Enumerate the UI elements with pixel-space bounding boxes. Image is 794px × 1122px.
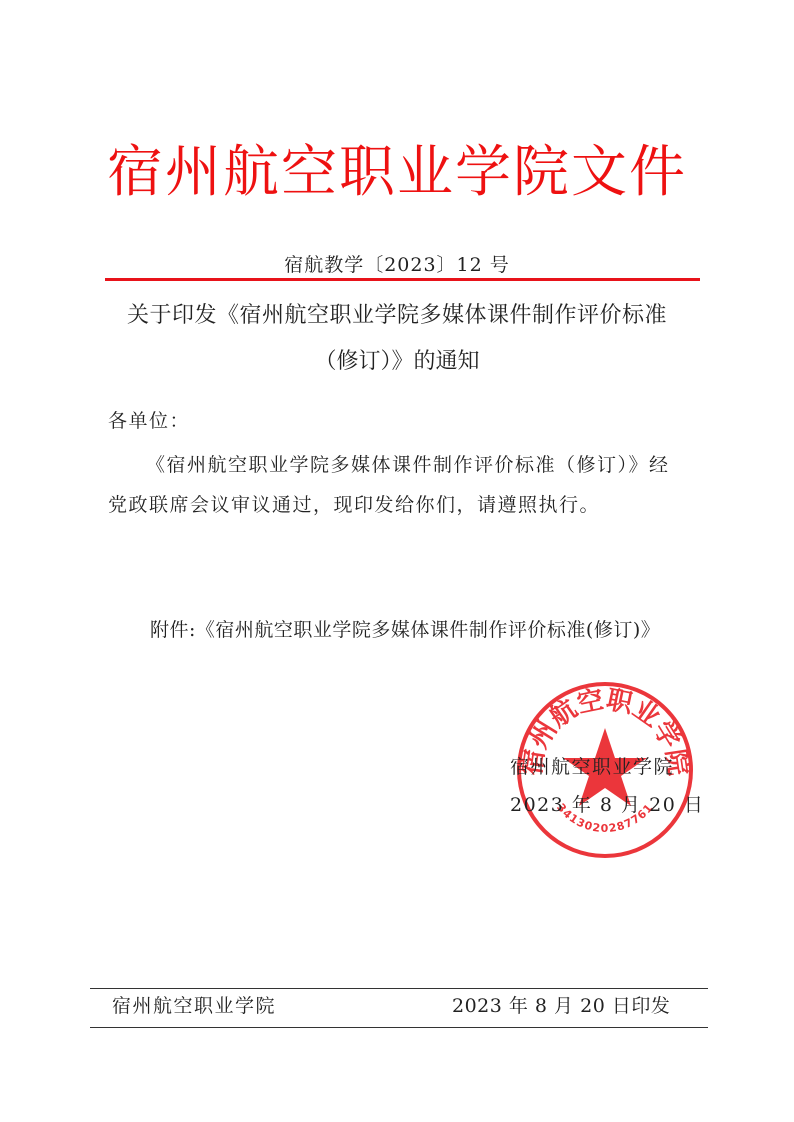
footer-bottom-rule [90,1027,708,1028]
signature-date: 2023 年 8 月 20 日 [510,790,704,820]
footer-organization: 宿州航空职业学院 [112,991,276,1021]
footer-issue-date: 2023 年 8 月 20 日印发 [452,991,670,1021]
document-number: 宿航教学〔2023〕12 号 [0,250,794,277]
footer-top-rule [90,988,708,989]
masthead-title: 宿州航空职业学院文件 [0,138,794,208]
signature-organization: 宿州航空职业学院 [510,752,674,782]
notice-title-line1: 关于印发《宿州航空职业学院多媒体课件制作评价标准 [0,296,794,336]
attachment-line: 附件:《宿州航空职业学院多媒体课件制作评价标准(修订)》 [150,615,660,645]
body-paragraph-line2: 党政联席会议审议通过，现印发给你们，请遵照执行。 [108,490,600,520]
body-paragraph-line1: 《宿州航空职业学院多媒体课件制作评价标准（修订）》经 [146,450,670,480]
notice-title-line2: （修订）》的通知 [0,342,794,382]
salutation: 各单位： [108,406,190,436]
red-divider [105,278,700,281]
